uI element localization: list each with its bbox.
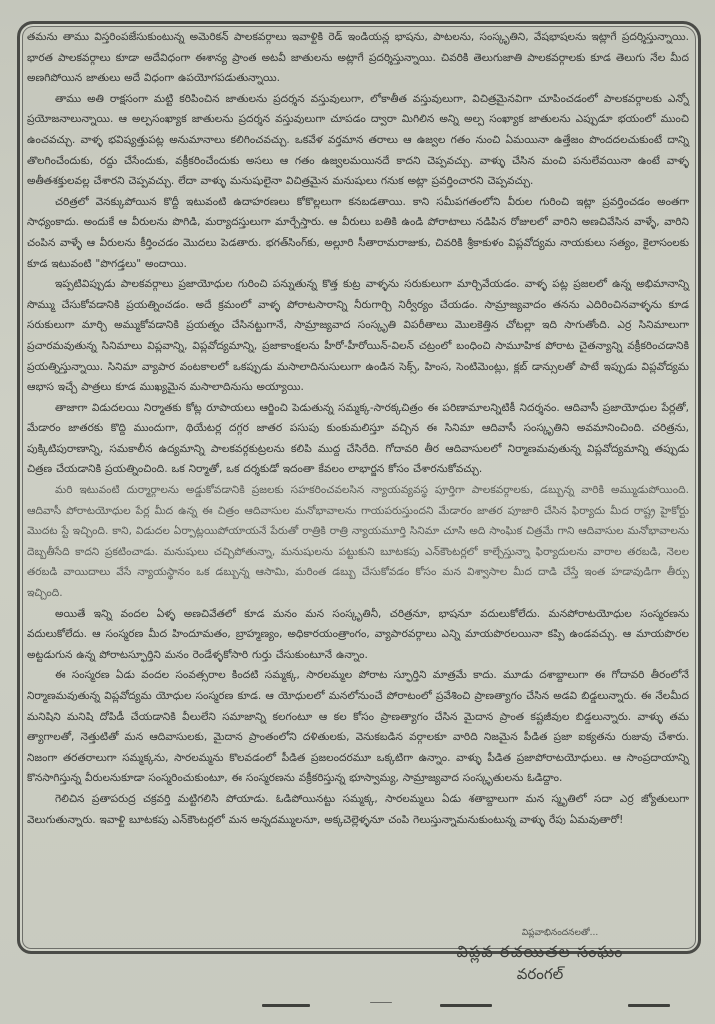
paragraph-7: అయితే ఇన్ని వందల ఏళ్ళ అణచివేతలో కూడ మనం … — [27, 604, 689, 666]
decorative-rule — [262, 1004, 310, 1007]
decorative-rule — [440, 1004, 492, 1007]
paragraph-8: ఈ సంస్మరణ ఏడు వందల సంవత్సరాల కిందటి సమ్మ… — [27, 665, 689, 789]
decorative-rule — [370, 1002, 392, 1003]
paragraph-3: చరిత్రలో వెనక్కుపోయిన కొద్దీ ఇటువంటి ఉదా… — [27, 192, 689, 274]
paragraph-1: తమను తాము విస్తరింపజేసుకుంటున్న అమెరికన్… — [27, 27, 689, 89]
paragraph-4: ఇప్పటివిప్పుడు పాలకవర్గాలు ప్రజాయోధుల గు… — [27, 274, 689, 398]
document-body: తమను తాము విస్తరింపజేసుకుంటున్న అమెరికన్… — [27, 27, 689, 830]
paragraph-6: మరి ఇటువంటి దుర్మార్గాలను అడ్డుకోవడానికి… — [27, 480, 689, 604]
signature-place: వరంగల్ — [440, 965, 640, 987]
decorative-rule — [628, 1004, 670, 1007]
signature-block: విప్లవాభినందనలతో... విప్లవ రచయితల సంఘం వ… — [440, 928, 640, 987]
paragraph-2: తాము అతి రాక్షసంగా మట్టి కరిపించిన జాతుల… — [27, 89, 689, 192]
signature-organization: విప్లవ రచయితల సంఘం — [440, 942, 640, 965]
paragraph-5: తాజాగా విడుదలయి నిర్మాతకు కోట్ల రూపాయలు … — [27, 398, 689, 480]
paragraph-9: గెలిచిన ప్రతాపరుద్ర చక్రవర్తి మట్టిగలిసి… — [27, 789, 689, 830]
signature-greeting: విప్లవాభినందనలతో... — [480, 928, 640, 940]
